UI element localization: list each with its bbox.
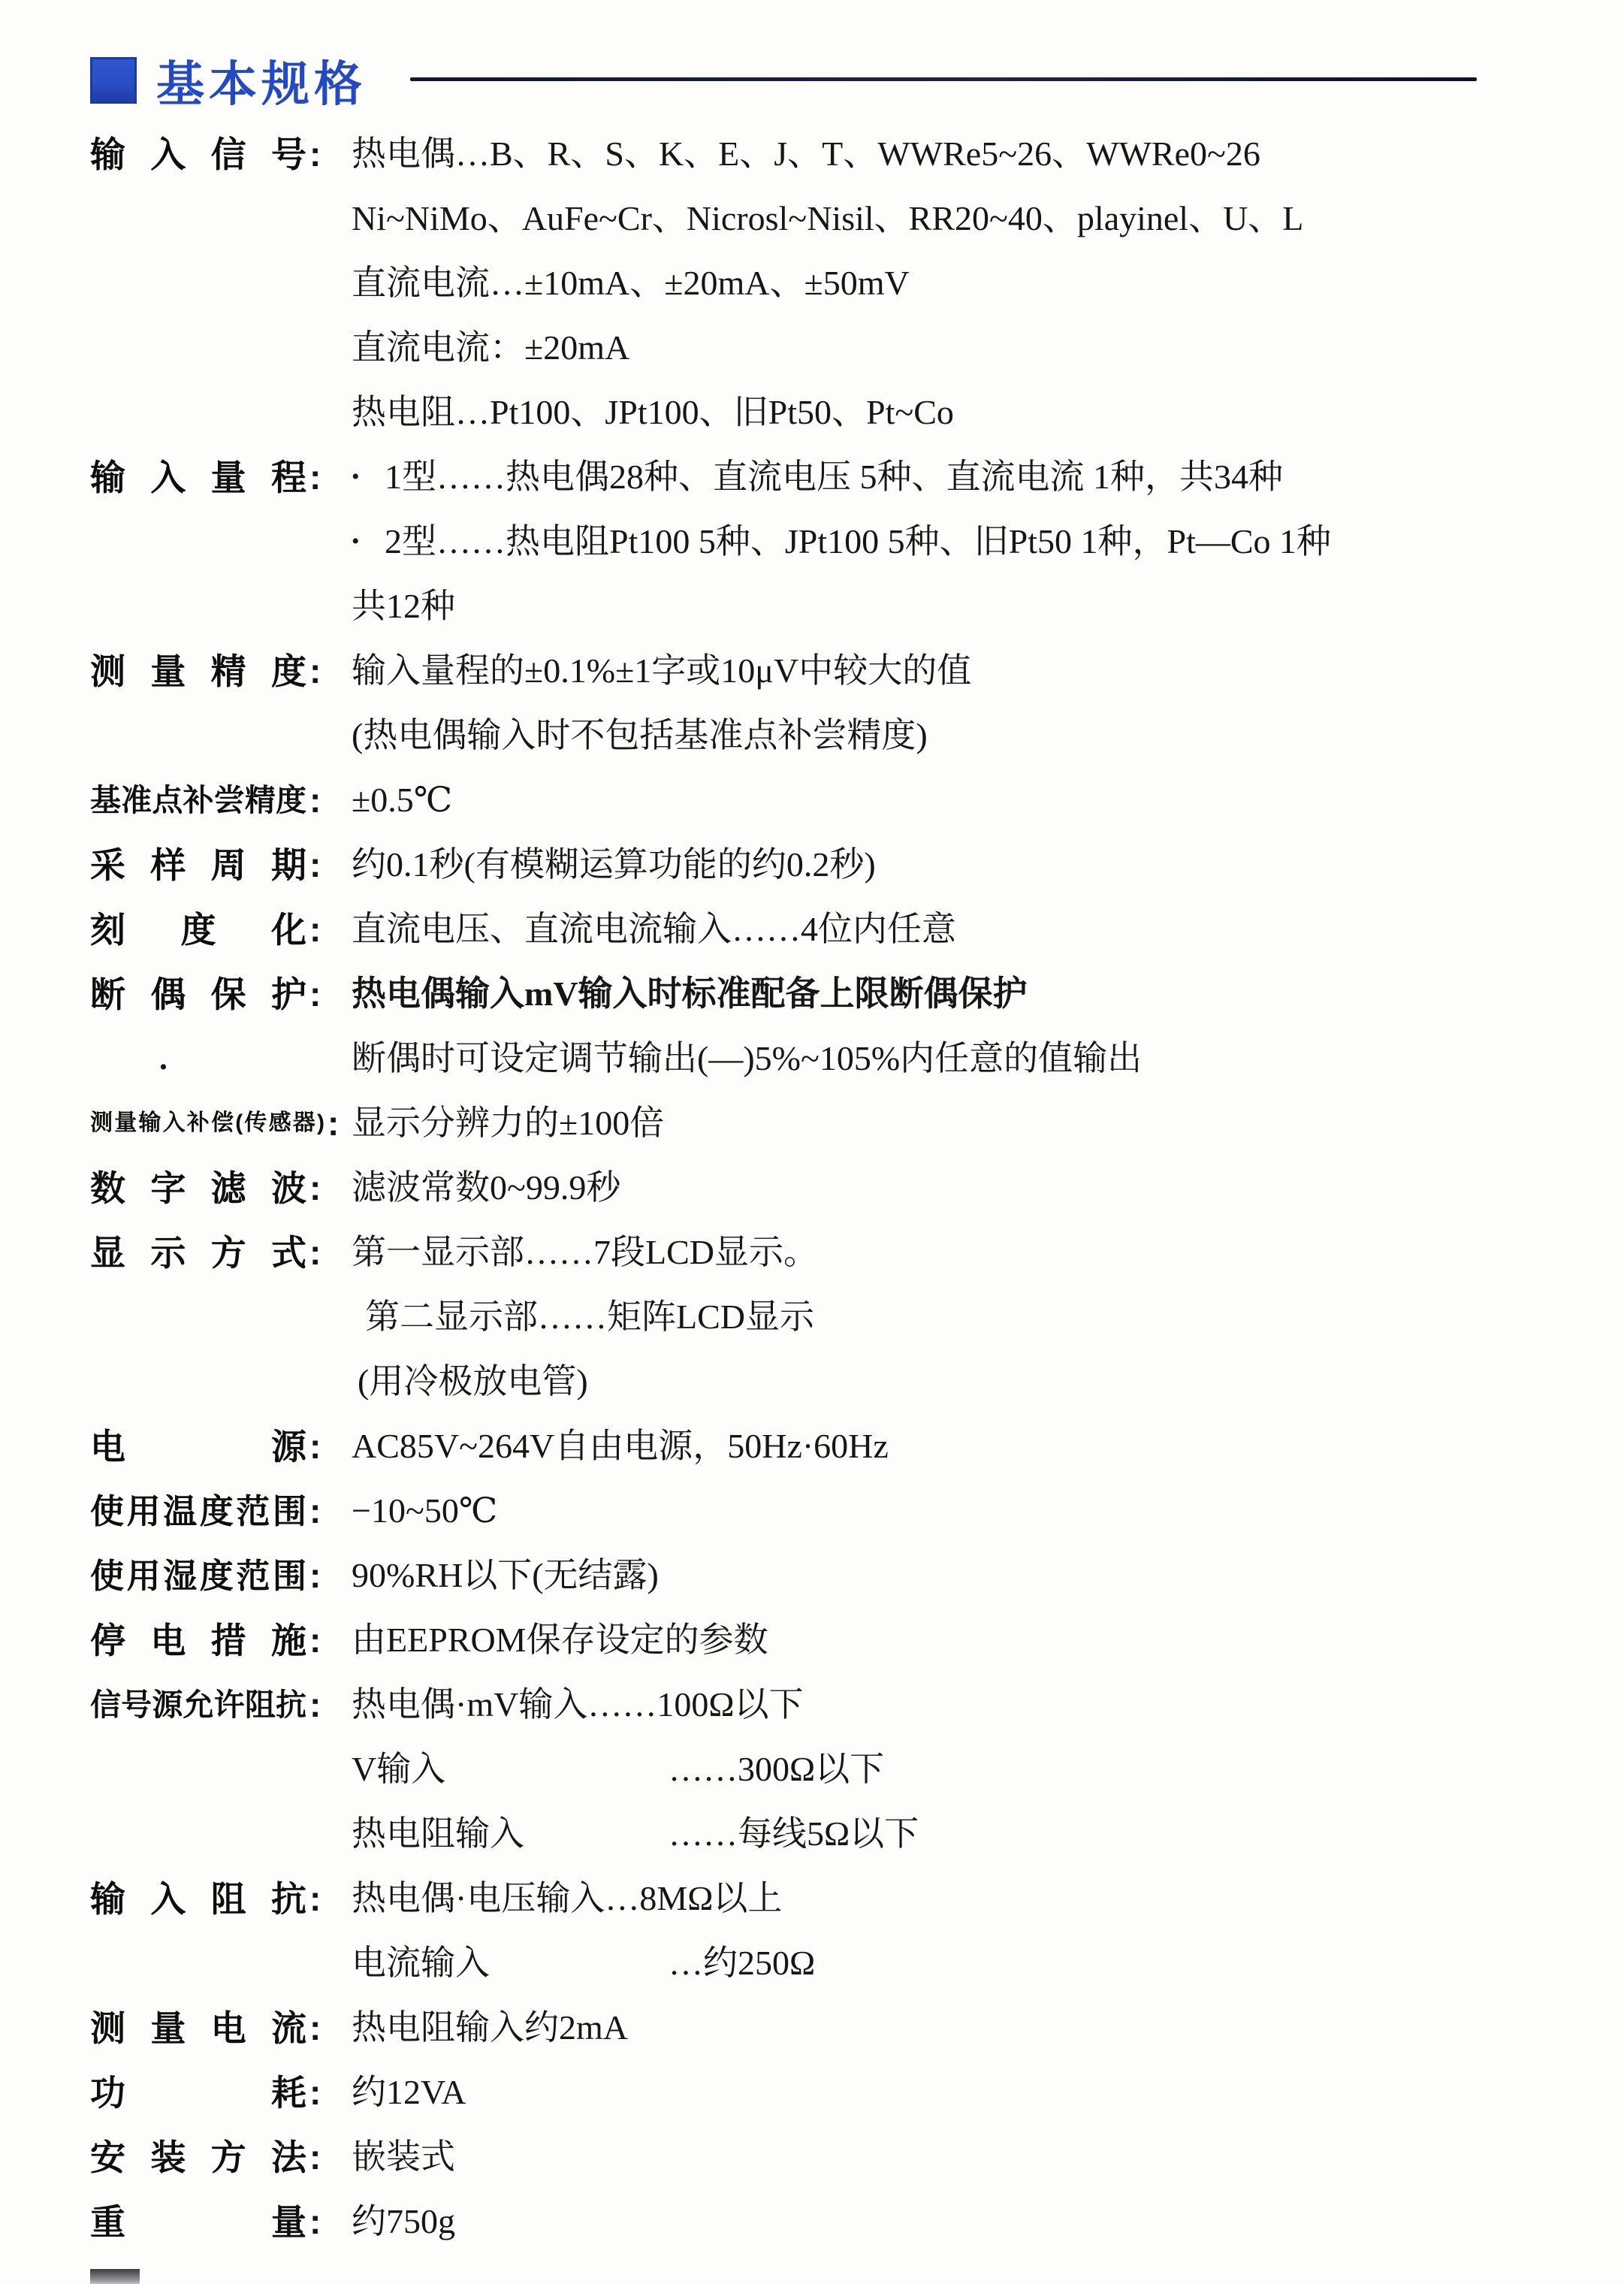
spec-value: 约750g [352, 2203, 455, 2241]
spec-label: 功耗 [90, 2075, 306, 2110]
spec-row-display: 显示方式: 第一显示部……7段LCD显示。 [0, 1220, 1624, 1285]
spec-label: 刻度化 [90, 912, 306, 947]
label-colon: : [309, 1235, 321, 1270]
label-colon: : [309, 460, 321, 494]
page-bottom-cut-mark [90, 2269, 140, 2284]
spec-value: ±0.5℃ [352, 781, 452, 820]
label-colon: : [309, 2011, 321, 2045]
spec-value: 嵌装式 [352, 2138, 455, 2177]
spec-row-continuation: 第二显示部……矩阵LCD显示 [0, 1285, 1624, 1349]
spec-value-text: 2型……热电阻Pt100 5种、JPt100 5种、旧Pt50 1种，Pt—Co… [385, 523, 1331, 561]
spec-value: Ni~NiMo、AuFe~Cr、Nicrosl~Nisil、RR20~40、pl… [352, 200, 1303, 238]
label-colon: : [309, 654, 321, 688]
label-colon: : [309, 2140, 321, 2174]
label-colon: : [309, 1623, 321, 1657]
spec-value: •1型……热电偶28种、直流电压 5种、直流电流 1种，共34种 [352, 458, 1283, 497]
spec-label: 停电措施 [90, 1623, 306, 1658]
section-bullet-square-icon [90, 57, 137, 104]
spec-row-continuation: •2型……热电阻Pt100 5种、JPt100 5种、旧Pt50 1种，Pt—C… [0, 509, 1624, 574]
spec-label: 使用湿度范围 [90, 1559, 306, 1593]
spec-row-input-compensation: 测量输入补偿(传感器): 显示分辨力的±100倍 [0, 1091, 1624, 1156]
spec-value: 热电偶…B、R、S、K、E、J、T、WWRe5~26、WWRe0~26 [352, 135, 1260, 174]
spec-value: AC85V~264V自由电源，50Hz·60Hz [352, 1427, 889, 1466]
spec-value: 热电阻输入约2mA [352, 2009, 628, 2047]
spec-label: 测量精度 [90, 654, 306, 689]
spec-subitem-name: 热电阻输入 [352, 1815, 669, 1853]
spec-row-power-supply: 电源: AC85V~264V自由电源，50Hz·60Hz [0, 1414, 1624, 1479]
label-colon: : [309, 2075, 321, 2110]
spec-label: 电源 [90, 1429, 306, 1464]
spec-row-digital-filter: 数字滤波: 滤波常数0~99.9秒 [0, 1156, 1624, 1220]
spec-row-burnout: 断偶保护: 热电偶输入mV输入时标准配备上限断偶保护 [0, 962, 1624, 1026]
spec-row-operating-humidity: 使用湿度范围: 90%RH以下(无结露) [0, 1543, 1624, 1608]
spec-subitem-name: 电流输入 [352, 1944, 669, 1983]
spec-subitem-value: ……每线5Ω以下 [669, 1815, 919, 1853]
spec-subitem-value: ……300Ω以下 [669, 1751, 884, 1789]
spec-row-operating-temp: 使用温度范围: −10~50℃ [0, 1479, 1624, 1543]
label-colon: : [309, 1429, 321, 1464]
spec-value: 共12种 [352, 588, 455, 626]
spec-row-scaling: 刻度化: 直流电压、直流电流输入……4位内任意 [0, 897, 1624, 962]
spec-value: 直流电压、直流电流输入……4位内任意 [352, 911, 956, 949]
header-rule [410, 77, 1477, 81]
spec-value: 热电偶·mV输入……100Ω以下 [352, 1686, 804, 1724]
spec-value: V输入……300Ω以下 [352, 1751, 884, 1789]
label-colon: : [309, 1494, 321, 1528]
spec-value: 热电阻输入……每线5Ω以下 [352, 1815, 919, 1853]
spec-label: 重量 [90, 2204, 306, 2240]
spec-label: 数字滤波 [90, 1171, 306, 1206]
bullet-icon: • [352, 466, 385, 488]
spec-row-continuation: Ni~NiMo、AuFe~Cr、Nicrosl~Nisil、RR20~40、pl… [0, 186, 1624, 251]
page-title: 基本规格 [156, 46, 367, 115]
spec-label: 输入量程 [90, 460, 306, 495]
spec-value: 约0.1秒(有模糊运算功能的约0.2秒) [352, 846, 876, 884]
section-header: 基本规格 [0, 0, 1624, 107]
spec-value: •2型……热电阻Pt100 5种、JPt100 5种、旧Pt50 1种，Pt—C… [352, 523, 1331, 561]
spec-row-continuation: 直流电流：±20mA [0, 316, 1624, 380]
label-colon: : [309, 2204, 321, 2239]
spec-value: 滤波常数0~99.9秒 [352, 1169, 620, 1207]
spec-row-power-failure: 停电措施: 由EEPROM保存设定的参数 [0, 1608, 1624, 1672]
spec-value: 热电偶输入mV输入时标准配备上限断偶保护 [352, 975, 1028, 1014]
spec-label: 信号源允许阻抗 [90, 1690, 306, 1721]
spec-row-input-impedance: 输入阻抗: 热电偶·电压输入…8MΩ以上 [0, 1866, 1624, 1931]
spec-row-continuation: 共12种 [0, 574, 1624, 639]
spec-value: 输入量程的±0.1%±1字或10μV中较大的值 [352, 652, 971, 690]
spec-value: 第二显示部……矩阵LCD显示 [352, 1298, 814, 1337]
label-colon: : [309, 1558, 321, 1593]
spec-label: 测量电流 [90, 2011, 306, 2046]
spec-label: 使用温度范围 [90, 1494, 306, 1528]
label-colon: : [328, 1106, 339, 1140]
spec-label: 安装方法 [90, 2140, 306, 2175]
spec-row-mounting: 安装方法: 嵌装式 [0, 2125, 1624, 2189]
spec-row-weight: 重量: 约750g [0, 2189, 1624, 2254]
spec-row-input-range: 输入量程: •1型……热电偶28种、直流电压 5种、直流电流 1种，共34种 [0, 445, 1624, 509]
label-colon: : [309, 912, 321, 947]
spec-value: 电流输入…约250Ω [352, 1944, 815, 1983]
spec-subitem-value: …约250Ω [669, 1944, 815, 1983]
spec-label: 基准点补尝精度 [90, 785, 306, 816]
spec-row-continuation: 直流电流…±10mA、±20mA、±50mV [0, 251, 1624, 316]
spec-table: 输入信号: 热电偶…B、R、S、K、E、J、T、WWRe5~26、WWRe0~2… [0, 122, 1624, 2254]
spec-value: 热电阻…Pt100、JPt100、旧Pt50、Pt~Co [352, 394, 954, 432]
spec-value: 断偶时可设定调节输出(—)5%~105%内任意的值输出 [352, 1040, 1142, 1078]
spec-page: 基本规格 输入信号: 热电偶…B、R、S、K、E、J、T、WWRe5~26、WW… [0, 0, 1624, 2284]
spec-row-continuation: 电流输入…约250Ω [0, 1931, 1624, 1995]
label-colon: : [309, 847, 321, 882]
label-colon: : [309, 977, 321, 1011]
spec-value: −10~50℃ [352, 1492, 497, 1530]
spec-value: 直流电流…±10mA、±20mA、±50mV [352, 264, 910, 303]
spec-row-source-impedance: 信号源允许阻抗: 热电偶·mV输入……100Ω以下 [0, 1672, 1624, 1737]
spec-row-continuation: . 断偶时可设定调节输出(—)5%~105%内任意的值输出 [0, 1026, 1624, 1091]
spec-value: (用冷极放电管) [352, 1363, 588, 1401]
label-colon: : [309, 137, 321, 171]
label-colon: : [309, 1881, 321, 1916]
spec-label: 测量输入补偿(传感器) [90, 1112, 324, 1134]
spec-value: 热电偶·电压输入…8MΩ以上 [352, 1880, 782, 1918]
spec-row-continuation: V输入……300Ω以下 [0, 1737, 1624, 1802]
spec-row-continuation: 热电阻输入……每线5Ω以下 [0, 1802, 1624, 1866]
label-colon: : [309, 1171, 321, 1205]
spec-row-input-signal: 输入信号: 热电偶…B、R、S、K、E、J、T、WWRe5~26、WWRe0~2… [0, 122, 1624, 186]
spec-value: 由EEPROM保存设定的参数 [352, 1621, 768, 1660]
label-colon: : [309, 1687, 321, 1722]
label-colon: : [309, 783, 321, 817]
spec-label: 采样周期 [90, 847, 306, 883]
stray-dot: . [90, 1042, 168, 1075]
spec-row-continuation: (用冷极放电管) [0, 1349, 1624, 1414]
spec-value: 第一显示部……7段LCD显示。 [352, 1234, 818, 1272]
spec-row-accuracy: 测量精度: 输入量程的±0.1%±1字或10μV中较大的值 [0, 639, 1624, 703]
spec-value: 直流电流：±20mA [352, 329, 629, 367]
spec-row-continuation: 热电阻…Pt100、JPt100、旧Pt50、Pt~Co [0, 380, 1624, 445]
spec-row-continuation: (热电偶输入时不包括基准点补尝精度) [0, 703, 1624, 768]
spec-label: 显示方式 [90, 1235, 306, 1270]
spec-value-text: 1型……热电偶28种、直流电压 5种、直流电流 1种，共34种 [385, 458, 1283, 497]
spec-label: 输入阻抗 [90, 1881, 306, 1917]
spec-row-ref-junction: 基准点补尝精度: ±0.5℃ [0, 768, 1624, 832]
spec-label: 断偶保护 [90, 977, 306, 1012]
spec-row-measuring-current: 测量电流: 热电阻输入约2mA [0, 1995, 1624, 2060]
spec-value: (热电偶输入时不包括基准点补尝精度) [352, 717, 928, 755]
spec-value: 90%RH以下(无结露) [352, 1557, 659, 1595]
spec-subitem-name: V输入 [352, 1751, 669, 1789]
spec-row-sampling: 采样周期: 约0.1秒(有模糊运算功能的约0.2秒) [0, 832, 1624, 897]
spec-value: 约12VA [352, 2074, 466, 2112]
spec-label: 输入信号 [90, 137, 306, 172]
bullet-icon: • [352, 530, 385, 553]
spec-value: 显示分辨力的±100倍 [352, 1104, 664, 1143]
spec-row-power-consumption: 功耗: 约12VA [0, 2060, 1624, 2125]
